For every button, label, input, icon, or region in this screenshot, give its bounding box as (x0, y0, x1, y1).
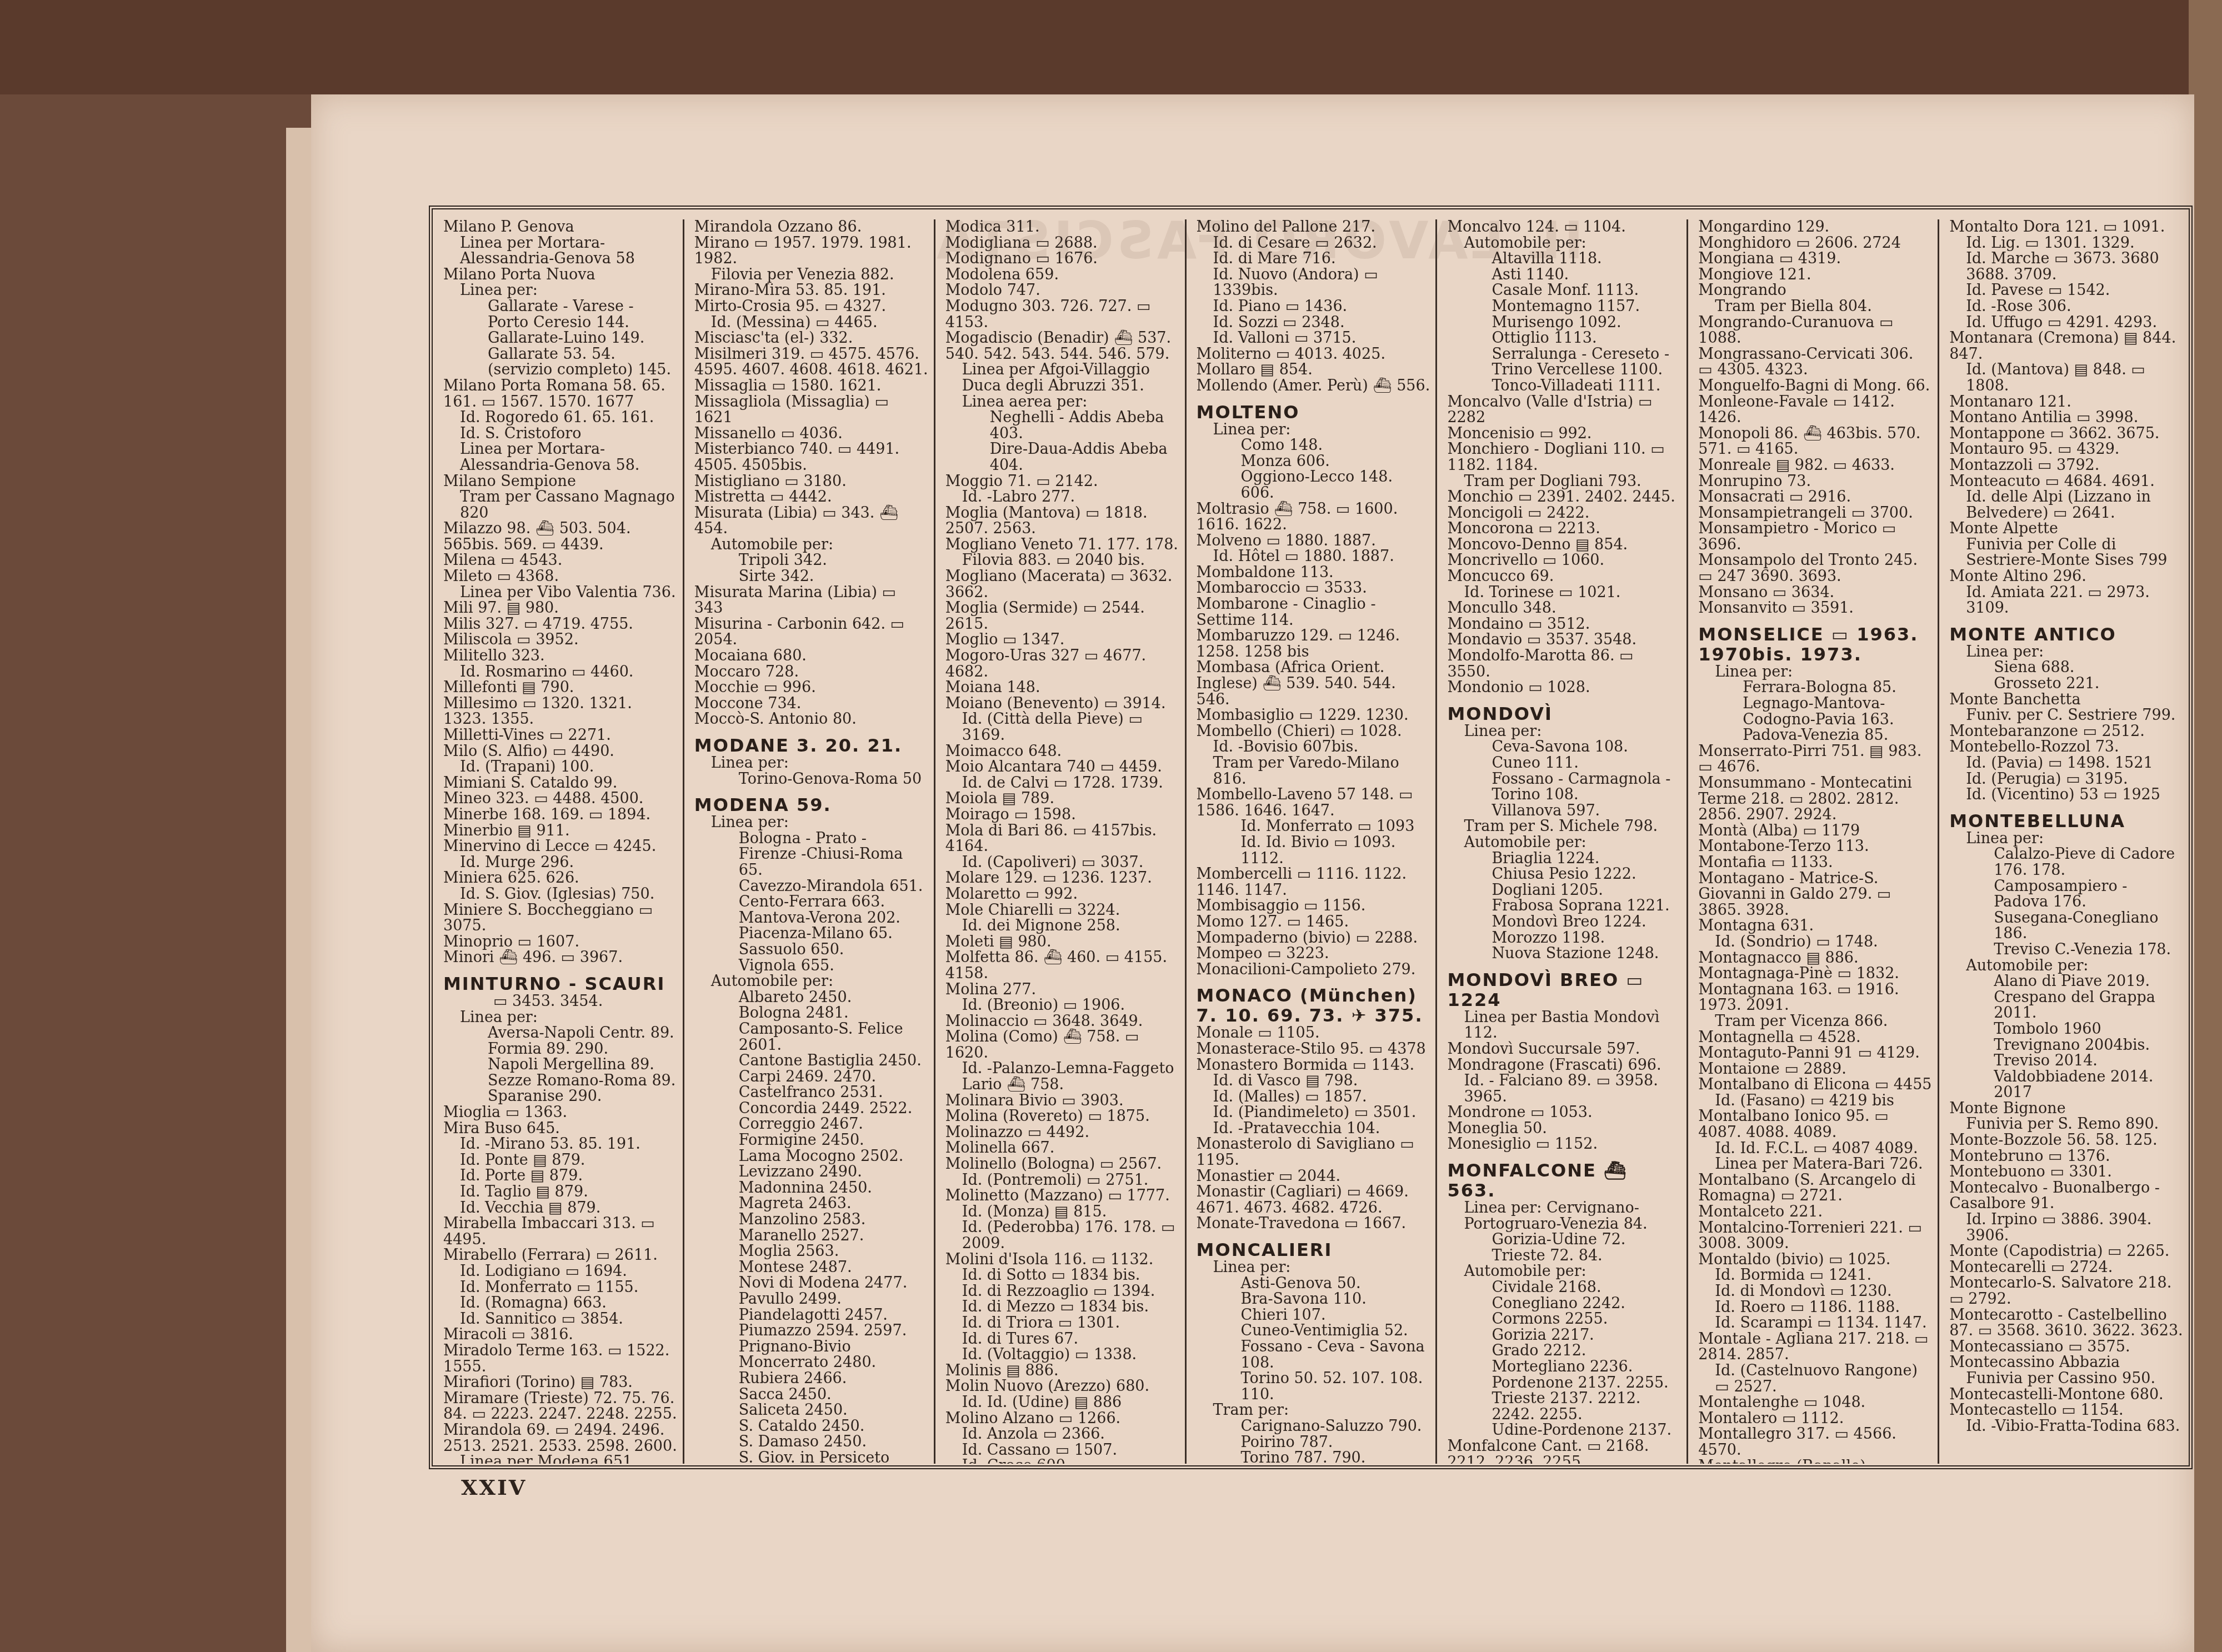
index-subentry: Id. (Voltaggio) ▭ 1338. (945, 1347, 1179, 1363)
index-subentry: Sparanise 290. (443, 1089, 677, 1105)
index-entry: Moliterno ▭ 4013. 4025. (1197, 347, 1430, 363)
index-subentry: Cantone Bastiglia 2450. (694, 1053, 928, 1069)
index-subentry: Cuneo 111. (1447, 755, 1681, 772)
index-subentry: Id. Piano ▭ 1436. (1197, 299, 1430, 315)
index-entry: Mili 97. ▤ 980. (443, 600, 677, 617)
index-subentry: Id. (Pederobba) 176. 178. ▭ 2009. (945, 1220, 1179, 1251)
index-subentry: Automobile per: (1949, 958, 2183, 974)
index-subentry: Treviso 2014. (1949, 1053, 2183, 1069)
index-subentry: Linea aerea per: (945, 394, 1179, 411)
index-subentry: Linea per: (443, 1010, 677, 1026)
index-subentry: Pavullo 2499. (694, 1291, 928, 1308)
index-entry: Moccò-S. Antonio 80. (694, 712, 928, 728)
index-entry: Moccaro 728. (694, 664, 928, 680)
index-entry: Monsacrati ▭ 2916. (1698, 489, 1932, 505)
index-subentry: Id. (Capoliveri) ▭ 3037. (945, 855, 1179, 871)
index-entry: Molino Alzano ▭ 1266. (945, 1411, 1179, 1427)
index-entry: Moccone 734. (694, 696, 928, 712)
index-subentry: Fossano - Carmagnola - Torino 108. (1447, 772, 1681, 803)
index-subentry: Automobile per: (1447, 236, 1681, 252)
index-entry: Molare 129. ▭ 1236. 1237. (945, 870, 1179, 887)
index-subentry: Funivia per Cassino 950. (1949, 1371, 2183, 1387)
index-subentry: Id. di Vasco ▤ 798. (1197, 1073, 1430, 1089)
index-subentry: Id. (Breonio) ▭ 1906. (945, 998, 1179, 1014)
index-entry: Monreale ▤ 982. ▭ 4633. (1698, 458, 1932, 474)
index-entry: Mombaroccio ▭ 3533. (1197, 580, 1430, 597)
index-entry: Milis 327. ▭ 4719. 4755. (443, 617, 677, 633)
index-entry: Molinello (Bologna) ▭ 2567. (945, 1157, 1179, 1173)
index-entry: Montalbano di Elicona ▭ 4455 (1698, 1077, 1932, 1093)
index-subentry: Piandelagotti 2457. (694, 1308, 928, 1324)
index-entry: Molveno ▭ 1880. 1887. (1197, 533, 1430, 549)
index-subentry: Udine-Pordenone 2137. (1447, 1423, 1681, 1439)
index-subentry: Id. di Mezzo ▭ 1834 bis. (945, 1299, 1179, 1315)
index-entry: Monsampolo del Tronto 245. ▭ 247 3690. 3… (1698, 553, 1932, 584)
index-entry: Moggio 71. ▭ 2142. (945, 474, 1179, 490)
index-subentry: Tram per Dogliani 793. (1447, 474, 1681, 490)
section-heading: MONFALCONE ⛴ 563. (1447, 1160, 1681, 1200)
index-subentry: Cividale 2168. (1447, 1280, 1681, 1296)
index-subentry: S. Cataldo 2450. (694, 1419, 928, 1435)
index-entry: Milano Porta Nuova (443, 267, 677, 283)
index-entry: Monasterolo di Savigliano ▭ 1195. (1197, 1137, 1430, 1168)
section-heading: MONTE ANTICO (1949, 624, 2183, 644)
index-entry: Militello 323. (443, 648, 677, 664)
index-entry: Montauro 95. ▭ 4329. (1949, 442, 2183, 458)
index-column-5: Moncalvo 124. ▭ 1104.Automobile per:Alta… (1435, 219, 1686, 1464)
index-entry: Mogliano (Macerata) ▭ 3632. 3662. (945, 569, 1179, 600)
index-subentry: Oggiono-Lecco 148. 606. (1197, 469, 1430, 501)
index-subentry: Torino 787. 790. (1197, 1450, 1430, 1464)
index-subentry: Automobile per: (694, 537, 928, 553)
index-entry: Montanara (Cremona) ▤ 844. 847. (1949, 331, 2183, 362)
index-entry: Milano Sempione (443, 474, 677, 490)
index-entry: Montalbano (S. Arcangelo di Romagna) ▭ 2… (1698, 1173, 1932, 1204)
index-entry: Moglio ▭ 1347. (945, 632, 1179, 648)
index-entry: Montagnella ▭ 4528. (1698, 1030, 1932, 1046)
index-entry: Montecarotto - Castelbellino 87. ▭ 3568.… (1949, 1308, 2183, 1339)
index-subentry: Pordenone 2137. 2255. (1447, 1375, 1681, 1391)
index-subentry: Id. Cassano ▭ 1507. (945, 1443, 1179, 1459)
index-subentry: Id. Id. Bivio ▭ 1093. 1112. (1197, 835, 1430, 867)
index-subentry: Concordia 2449. 2522. (694, 1101, 928, 1117)
index-entry: Monte (Capodistria) ▭ 2265. (1949, 1244, 2183, 1260)
index-entry: Missanello ▭ 4036. (694, 426, 928, 442)
index-subentry: Automobile per: (694, 974, 928, 990)
index-subentry: Tram per Biella 804. (1698, 299, 1932, 315)
index-entry: Minerbe 168. 169. ▭ 1894. (443, 807, 677, 823)
section-heading: MONCALIERI (1197, 1240, 1430, 1260)
index-column-1: Milano P. GenovaLinea per Mortara-Alessa… (433, 219, 683, 1464)
index-entry: Moglia (Mantova) ▭ 1818. 2507. 2563. (945, 505, 1179, 537)
index-subentry: Id. Sozzi ▭ 2348. (1197, 315, 1430, 331)
index-subentry: Maranello 2527. (694, 1228, 928, 1244)
index-subentry: Carignano-Saluzzo 790. (1197, 1419, 1430, 1435)
index-entry: Montabone-Terzo 113. (1698, 839, 1932, 855)
index-subentry: Fossano - Ceva - Savona 108. (1197, 1339, 1430, 1371)
index-entry: Monteacuto ▭ 4684. 4691. (1949, 474, 2183, 490)
section-heading: MINTURNO - SCAURI (443, 974, 677, 994)
index-subentry: ▭ 3453. 3454. (443, 994, 677, 1010)
index-entry: Montagnacco ▤ 886. (1698, 950, 1932, 967)
index-entry: Mondavio ▭ 3537. 3548. (1447, 632, 1681, 648)
index-entry: Milo (S. Alfio) ▭ 4490. (443, 744, 677, 760)
index-subentry: Gallarate 53. 54. (servizio completo) 14… (443, 347, 677, 378)
index-subentry: Id. Rogoredo 61. 65. 161. (443, 410, 677, 426)
index-subentry: Id. (Pavia) ▭ 1498. 1521 (1949, 755, 2183, 772)
index-entry: Molini d'Isola 116. ▭ 1132. (945, 1252, 1179, 1268)
index-subentry: Formia 89. 290. (443, 1042, 677, 1058)
index-subentry: Sassuolo 650. (694, 942, 928, 958)
index-entry: Mola di Bari 86. ▭ 4157bis. 4164. (945, 823, 1179, 855)
index-subentry: Id. -Palanzo-Lemna-Faggeto Lario ⛴ 758. (945, 1061, 1179, 1093)
index-subentry: Cento-Ferrara 663. (694, 894, 928, 910)
index-entry: Molinis ▤ 886. (945, 1363, 1179, 1379)
index-subentry: Sirte 342. (694, 569, 928, 585)
index-subentry: Trevignano 2004bis. (1949, 1038, 2183, 1054)
index-subentry: Id. Rosmarino ▭ 4460. (443, 664, 677, 680)
index-subentry: Id. (Castelnuovo Rangone) ▭ 2527. (1698, 1363, 1932, 1395)
index-entry: Monastier ▭ 2044. (1197, 1169, 1430, 1185)
index-subentry: Linea per Bastia Mondovì 112. (1447, 1010, 1681, 1042)
index-entry: Montalcino-Torrenieri 221. ▭ 3008. 3009. (1698, 1220, 1932, 1252)
index-entry: Montagnaga-Pinè ▭ 1832. (1698, 966, 1932, 982)
index-entry: Mondragone (Frascati) 696. (1447, 1058, 1681, 1074)
index-subentry: Id. delle Alpi (Lizzano in Belvedere) ▭ … (1949, 489, 2183, 521)
index-subentry: Tram per Cassano Magnago 820 (443, 489, 677, 521)
index-column-3: Modica 311.Modigliana ▭ 2688.Modignano ▭… (934, 219, 1185, 1464)
index-entry: Molino del Pallone 217. (1197, 219, 1430, 236)
index-subentry: Id. S. Giov. (Iglesias) 750. (443, 887, 677, 903)
index-entry: Moleti ▤ 980. (945, 934, 1179, 950)
index-entry: Moncorona ▭ 2213. (1447, 521, 1681, 537)
index-entry: Mogliano Veneto 71. 177. 178. (945, 537, 1179, 553)
index-subentry: Gorizia 2217. (1447, 1328, 1681, 1344)
index-entry: Montebello-Rozzol 73. (1949, 739, 2183, 755)
index-entry: Monale ▭ 1105. (1197, 1025, 1430, 1042)
index-subentry: Tonco-Villadeati 1111. (1447, 378, 1681, 394)
index-subentry: Bologna - Prato - Firenze -Chiusi-Roma 6… (694, 831, 928, 879)
index-entry: Moiana 148. (945, 680, 1179, 696)
index-entry: Moncovo-Denno ▤ 854. (1447, 537, 1681, 553)
index-entry: Misilmeri 319. ▭ 4575. 4576. 4595. 4607.… (694, 347, 928, 378)
index-entry: Mongardino 129. (1698, 219, 1932, 236)
index-subentry: Ceva-Savona 108. (1447, 739, 1681, 755)
index-subentry: Rubiera 2466. (694, 1371, 928, 1387)
index-entry: Mondolfo-Marotta 86. ▭ 3550. (1447, 648, 1681, 680)
index-subentry: Moglia 2563. (694, 1244, 928, 1260)
index-entry: Montallegro 317. ▭ 4566. 4570. (1698, 1426, 1932, 1458)
index-subentry: Linea per Mortara-Alessandria-Genova 58. (443, 442, 677, 473)
index-subentry: Id. Scarampi ▭ 1134. 1147. (1698, 1315, 1932, 1331)
index-entry: Mombaldone 113. (1197, 565, 1430, 581)
index-subentry: Camposampiero - Padova 176. (1949, 879, 2183, 910)
section-heading: MONDOVÌ (1447, 704, 1681, 724)
index-entry: Modolena 659. (945, 267, 1179, 283)
index-entry: Montanaro 121. (1949, 394, 2183, 411)
index-subentry: Id. di Sotto ▭ 1834 bis. (945, 1268, 1179, 1284)
index-entry: Monte Alpette (1949, 521, 2183, 537)
index-entry: Momo 127. ▭ 1465. (1197, 914, 1430, 930)
index-entry: Mombaruzzo 129. ▭ 1246. 1258. 1258 bis (1197, 628, 1430, 660)
index-entry: Molina (Rovereto) ▭ 1875. (945, 1109, 1179, 1125)
index-subentry: Magreta 2463. (694, 1196, 928, 1212)
index-entry: Moiola ▤ 789. (945, 791, 1179, 807)
index-entry: Montazzoli ▭ 3792. (1949, 458, 2183, 474)
index-entry: Mombercelli ▭ 1116. 1122. 1146. 1147. (1197, 867, 1430, 898)
index-subentry: Id. Uffugo ▭ 4291. 4293. (1949, 315, 2183, 331)
index-entry: Minori ⛴ 496. ▭ 3967. (443, 950, 677, 966)
index-entry: Misurata Marina (Libia) ▭ 343 (694, 585, 928, 617)
index-subentry: Linea per Mortara-Alessandria-Genova 58 (443, 236, 677, 267)
index-subentry: Asti 1140. (1447, 267, 1681, 283)
index-entry: Modigliana ▭ 2688. (945, 236, 1179, 252)
index-subentry: Bologna 2481. (694, 1005, 928, 1022)
index-subentry: Tram per: (1197, 1403, 1430, 1419)
index-subentry: Id. -Bovisio 607bis. (1197, 739, 1430, 755)
index-subentry: Crespano del Grappa 2011. (1949, 990, 2183, 1022)
index-subentry: Siena 688. (1949, 660, 2183, 676)
index-subentry: Vignola 655. (694, 958, 928, 974)
index-entry: Milena ▭ 4543. (443, 553, 677, 569)
index-subentry: Poirino 787. (1197, 1435, 1430, 1451)
index-subentry: Ferrara-Bologna 85. (1698, 680, 1932, 696)
index-subentry: Id. Pavese ▭ 1542. (1949, 283, 2183, 299)
index-entry: Montecassiano ▭ 3575. (1949, 1339, 2183, 1355)
page-number: XXIV (461, 1475, 527, 1500)
index-subentry: Sacca 2450. (694, 1387, 928, 1403)
index-entry: Monserrato-Pirri 751. ▤ 983. ▭ 4676. (1698, 744, 1932, 775)
index-entry: Modignano ▭ 1676. (945, 251, 1179, 267)
index-entry: Montecalvo - Buonalbergo - Casalbore 91. (1949, 1180, 2183, 1212)
index-entry: Mirandola Ozzano 86. (694, 219, 928, 236)
index-subentry: Serralunga - Cereseto - Trino Vercellese… (1447, 347, 1681, 378)
index-entry: Mombello-Laveno 57 148. ▭ 1586. 1646. 16… (1197, 787, 1430, 819)
index-entry: Montagnana 163. ▭ 1916. 1973. 2091. (1698, 982, 1932, 1014)
index-subentry: Funivia per Colle di Sestriere-Monte Sis… (1949, 537, 2183, 569)
index-entry: Moncullo 348. (1447, 600, 1681, 617)
index-entry: Miniera 625. 626. (443, 870, 677, 887)
index-subentry: Id. Ponte ▤ 879. (443, 1153, 677, 1169)
index-entry: Moncalvo (Valle d'Istria) ▭ 2282 (1447, 394, 1681, 426)
index-entry: Moncucco 69. (1447, 569, 1681, 585)
index-entry: Mistretta ▭ 4442. (694, 489, 928, 505)
index-entry: Milano P. Genova (443, 219, 677, 236)
index-subentry: Dogliani 1205. (1447, 883, 1681, 899)
index-column-7: Montalto Dora 121. ▭ 1091.Id. Lig. ▭ 130… (1938, 219, 2189, 1464)
index-entry: Montà (Alba) ▭ 1179 (1698, 823, 1932, 839)
index-entry: Millesimo ▭ 1320. 1321. 1323. 1355. (443, 696, 677, 728)
index-subentry: Id. Monferrato ▭ 1155. (443, 1280, 677, 1296)
index-subentry: Albareto 2450. (694, 990, 928, 1006)
index-entry: Mollaro ▤ 854. (1197, 362, 1430, 378)
index-entry: Miliscola ▭ 3952. (443, 632, 677, 648)
index-subentry: Gallarate - Varese - Porto Ceresio 144. (443, 299, 677, 331)
index-subentry: Id. S. Cristoforo (443, 426, 677, 442)
index-subentry: Tombolo 1960 (1949, 1022, 2183, 1038)
index-subentry: Napoli Mergellina 89. (443, 1057, 677, 1073)
index-entry: Montaione ▭ 2889. (1698, 1062, 1932, 1078)
index-subentry: Automobile per: (1447, 835, 1681, 851)
index-subentry: Id. (Malles) ▭ 1857. (1197, 1089, 1430, 1105)
index-entry: Modolo 747. (945, 283, 1179, 299)
index-entry: Monchio ▭ 2391. 2402. 2445. (1447, 489, 1681, 505)
index-subentry: Id. Marche ▭ 3673. 3680 3688. 3709. (1949, 251, 2183, 283)
index-subentry: Briaglia 1224. (1447, 851, 1681, 867)
index-subentry: Id. (Città della Pieve) ▭ 3169. (945, 712, 1179, 743)
index-subentry: S. Damaso 2450. (694, 1434, 928, 1450)
index-subentry: Carpi 2469. 2470. (694, 1069, 928, 1085)
index-entry: Modica 311. (945, 219, 1179, 236)
index-subentry: Linea per: (1447, 724, 1681, 740)
index-subentry: Mantova-Verona 202. (694, 910, 928, 927)
index-entry: Monesiglio ▭ 1152. (1447, 1137, 1681, 1153)
index-entry: Mombasa (Africa Orient. Inglese) ⛴ 539. … (1197, 660, 1430, 708)
index-subentry: Treviso C.-Venezia 178. (1949, 942, 2183, 958)
index-entry: Montecarelli ▭ 2724. (1949, 1260, 2183, 1276)
index-entry: Mombisaggio ▭ 1156. (1197, 898, 1430, 914)
index-entry: Minerbio ▤ 911. (443, 823, 677, 839)
index-entry: Mileto ▭ 4368. (443, 569, 677, 585)
index-entry: Monasterace-Stilo 95. ▭ 4378 (1197, 1042, 1430, 1058)
index-entry: Monghidoro ▭ 2606. 2724 (1698, 236, 1932, 252)
index-subentry: Id. (Fasano) ▭ 4219 bis (1698, 1093, 1932, 1109)
index-subentry: Id. (Vicentino) 53 ▭ 1925 (1949, 787, 2183, 803)
background-top (0, 0, 2222, 94)
index-subentry: Linea per: (1197, 1260, 1430, 1276)
index-entry: Molinella 667. (945, 1140, 1179, 1157)
index-entry: Moio Alcantara 740 ▭ 4459. (945, 759, 1179, 775)
index-subentry: Alano di Piave 2019. (1949, 974, 2183, 990)
section-heading: MONTEBELLUNA (1949, 811, 2183, 831)
section-heading: MODANE 3. 20. 21. (694, 735, 928, 755)
index-entry: Mondovì Succursale 597. (1447, 1042, 1681, 1058)
index-subentry: Linea per: (1698, 664, 1932, 680)
index-subentry: Tripoli 342. (694, 553, 928, 569)
section-heading: MODENA 59. (694, 795, 928, 815)
index-subentry: Villanova 597. (1447, 803, 1681, 819)
index-entry: Misurina - Carbonin 642. ▭ 2054. (694, 617, 928, 648)
index-entry: Monrupino 73. (1698, 474, 1932, 490)
index-entry: Mocaiana 680. (694, 648, 928, 664)
index-entry: Moglia (Sermide) ▭ 2544. 2615. (945, 600, 1179, 632)
section-heading: MOLTENO (1197, 402, 1430, 422)
index-entry: Montalceto 221. (1698, 1204, 1932, 1220)
index-subentry: Montese 2487. (694, 1260, 928, 1276)
index-subentry: Correggio 2467. (694, 1117, 928, 1133)
index-subentry: Legnago-Mantova-Codogno-Pavia 163. (1698, 696, 1932, 728)
index-entry: Mombasiglio ▭ 1229. 1230. (1197, 708, 1430, 724)
index-entry: Mimiani S. Cataldo 99. (443, 775, 677, 792)
index-subentry: Id. -Vibio-Fratta-Todina 683. (1949, 1419, 2183, 1435)
index-subentry: Morozzo 1198. (1447, 930, 1681, 947)
index-entry: Monfalcone Cant. ▭ 2168. 2212. 2236. 225… (1447, 1439, 1681, 1464)
index-entry: Monsano ▭ 3634. (1698, 585, 1932, 601)
index-subentry: Id. Irpino ▭ 3886. 3904. 3906. (1949, 1212, 2183, 1244)
index-subentry: S. Giov. in Persiceto 2519 (694, 1450, 928, 1464)
index-subentry: Conegliano 2242. (1447, 1296, 1681, 1312)
index-entry: Minoprio ▭ 1607. (443, 934, 677, 950)
index-entry: Mirano-Mira 53. 85. 191. (694, 283, 928, 299)
index-subentry: Id. (Romagna) 663. (443, 1295, 677, 1311)
index-entry: Mogadiscio (Benadir) ⛴ 537. 540. 542. 54… (945, 331, 1179, 362)
index-entry: Milletti-Vines ▭ 2271. (443, 728, 677, 744)
index-subentry: Grado 2212. (1447, 1343, 1681, 1359)
index-entry: Molina 277. (945, 982, 1179, 998)
index-entry: Mistigliano ▭ 3180. (694, 474, 928, 490)
index-entry: Monopoli 86. ⛴ 463bis. 570. 571. ▭ 4165. (1698, 426, 1932, 458)
index-subentry: Gallarate-Luino 149. (443, 331, 677, 347)
index-entry: Montebaranzone ▭ 2512. (1949, 724, 2183, 740)
index-subentry: Id. (Messina) ▭ 4465. (694, 315, 928, 331)
index-subentry: Id. di Triora ▭ 1301. (945, 1315, 1179, 1331)
index-entry: Moimacco 648. (945, 744, 1179, 760)
index-entry: Mombello (Chieri) ▭ 1028. (1197, 724, 1430, 740)
index-subentry: Cuneo-Ventimiglia 52. (1197, 1323, 1430, 1339)
index-entry: Miradolo Terme 163. ▭ 1522. 1555. (443, 1343, 677, 1375)
section-heading: MONDOVÌ BREO ▭ 1224 (1447, 970, 1681, 1010)
index-subentry: Aversa-Napoli Centr. 89. (443, 1025, 677, 1042)
index-entry: Mondrone ▭ 1053. (1447, 1105, 1681, 1121)
index-subentry: Linea per: (1949, 831, 2183, 847)
index-subentry: Padova-Venezia 85. (1698, 728, 1932, 744)
index-subentry: Id. Lodigiano ▭ 1694. (443, 1264, 677, 1280)
index-subentry: Id. Valloni ▭ 3715. (1197, 331, 1430, 347)
index-entry: Monte Altino 296. (1949, 569, 2183, 585)
index-subentry: Saliceta 2450. (694, 1403, 928, 1419)
index-subentry: Id. (Trapani) 100. (443, 759, 677, 775)
index-subentry: Id. (Piandimeleto) ▭ 3501. (1197, 1105, 1430, 1121)
index-entry: Molin Nuovo (Arezzo) 680. (945, 1379, 1179, 1395)
index-entry: Monastero Bormida ▭ 1143. (1197, 1058, 1430, 1074)
index-subentry: Id. -Mirano 53. 85. 191. (443, 1137, 677, 1153)
index-entry: Monate-Travedona ▭ 1667. (1197, 1216, 1430, 1232)
index-entry: Mondonio ▭ 1028. (1447, 680, 1681, 696)
index-subentry: Id. (Pontremoli) ▭ 2751. (945, 1173, 1179, 1189)
index-entry: Mogoro-Uras 327 ▭ 4677. 4682. (945, 648, 1179, 680)
index-entry: Montallegro (Rapallo) (1698, 1459, 1932, 1464)
index-subentry: Id. - Falciano 89. ▭ 3958. 3965. (1447, 1073, 1681, 1105)
index-entry: Mole Chiarelli ▭ 3224. (945, 903, 1179, 919)
index-subentry: Castelfranco 2531. (694, 1085, 928, 1101)
index-entry: Monsummano - Montecatini Terme 218. ▭ 28… (1698, 775, 1932, 823)
index-entry: Mocchie ▭ 996. (694, 680, 928, 696)
index-entry: Monsampietrangeli ▭ 3700. (1698, 505, 1932, 522)
index-entry: Montecassino Abbazia (1949, 1355, 2183, 1371)
index-subentry: Linea per Afgoi-Villaggio Duca degli Abr… (945, 362, 1179, 394)
index-entry: Montappone ▭ 3662. 3675. (1949, 426, 2183, 442)
index-subentry: Id. Lig. ▭ 1301. 1329. (1949, 236, 2183, 252)
index-subentry: Linea per Modena 651. (443, 1454, 677, 1464)
index-subentry: Murisengo 1092. (1447, 315, 1681, 331)
index-entry: Mirabello (Ferrara) ▭ 2611. (443, 1248, 677, 1264)
index-entry: Molinazzo ▭ 4492. (945, 1125, 1179, 1141)
index-subentry: Nuova Stazione 1248. (1447, 946, 1681, 962)
index-entry: Montebruno ▭ 1376. (1949, 1149, 2183, 1165)
index-subentry: Id. Id. F.C.L. ▭ 4087 4089. (1698, 1141, 1932, 1157)
index-subentry: Linea per Matera-Bari 726. (1698, 1157, 1932, 1173)
index-entry: Molinaccio ▭ 3648. 3649. (945, 1014, 1179, 1030)
index-subentry: Linea per: (1949, 644, 2183, 660)
index-entry: Mineo 323. ▭ 4488. 4500. (443, 791, 677, 807)
index-subentry: Monza 606. (1197, 454, 1430, 470)
index-subentry: Linea per Vibo Valentia 736. (443, 585, 677, 601)
index-entry: Mioglia ▭ 1363. (443, 1105, 677, 1121)
index-subentry: Trieste 2137. 2212. 2242. 2255. (1447, 1391, 1681, 1423)
index-entry: Molinara Bivio ▭ 3903. (945, 1093, 1179, 1109)
index-entry: Misurata (Libia) ▭ 343. ⛴ 454. (694, 505, 928, 537)
index-entry: Molfetta 86. ⛴ 460. ▭ 4155. 4158. (945, 950, 1179, 982)
